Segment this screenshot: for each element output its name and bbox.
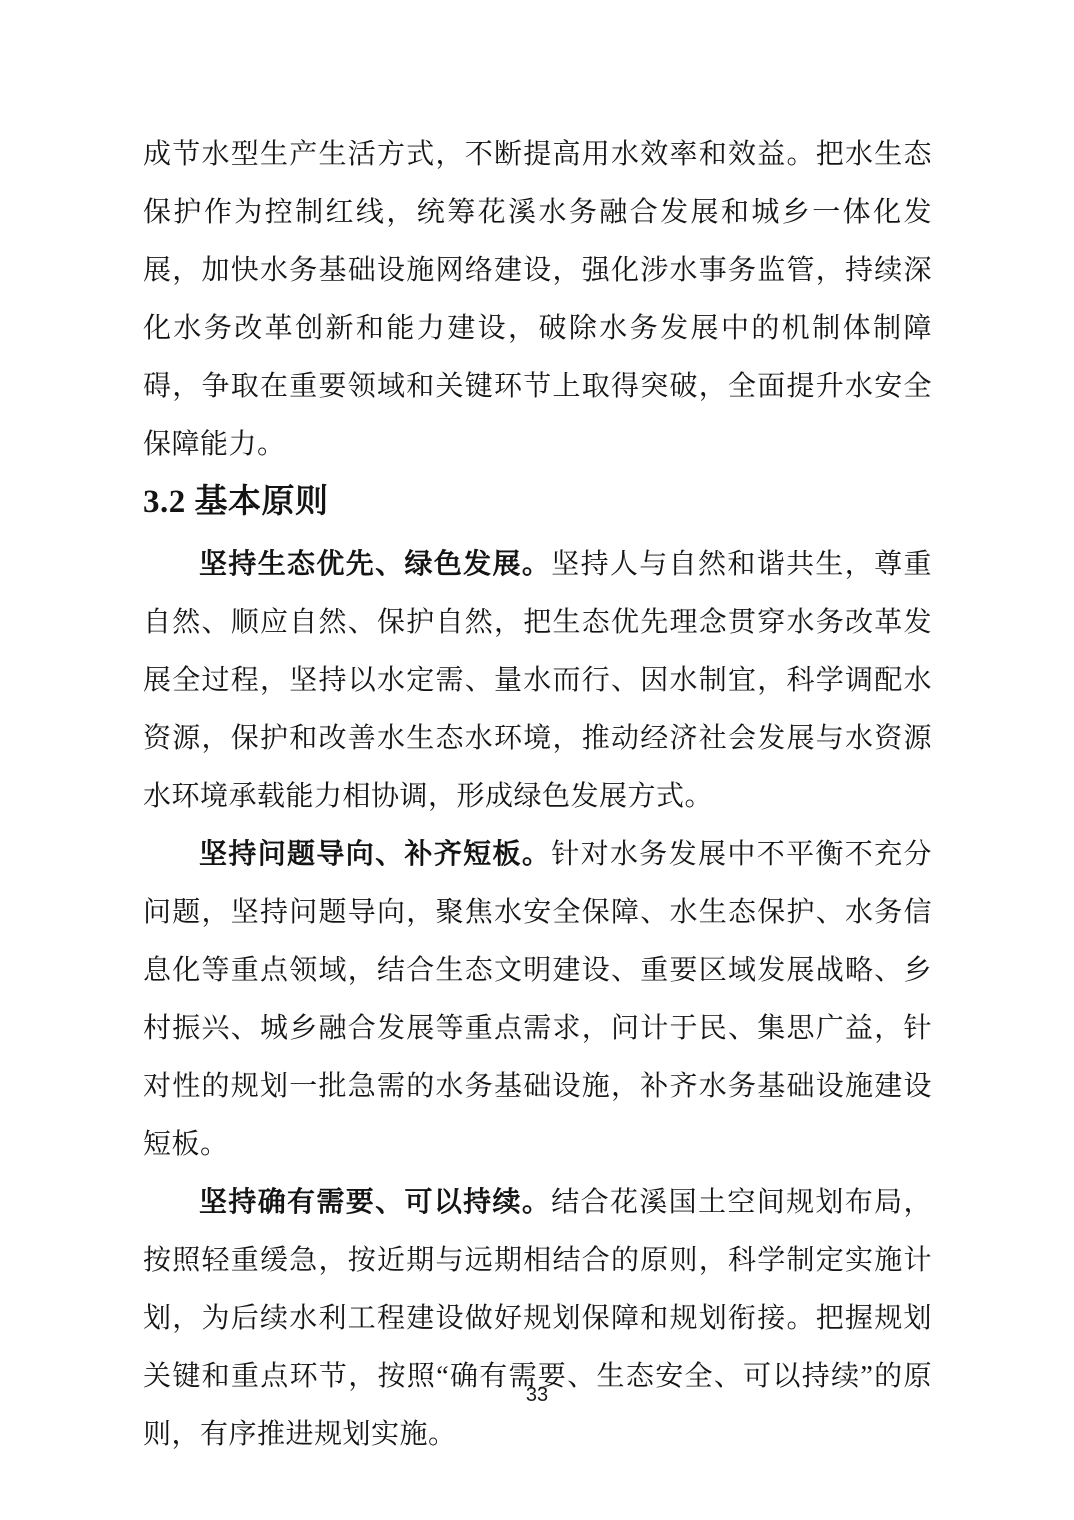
paragraph-lead: 坚持生态优先、绿色发展。 (199, 549, 551, 580)
paragraph-text: 结合花溪国土空间规划布局，按照轻重缓急，按近期与远期相结合的原则，科学制定实施计… (143, 1187, 932, 1450)
paragraph-lead: 坚持问题导向、补齐短板。 (199, 839, 551, 870)
paragraph: 坚持确有需要、可以持续。结合花溪国土空间规划布局，按照轻重缓急，按近期与远期相结… (143, 1174, 932, 1464)
page-footer: 33 (0, 1384, 1074, 1407)
page-number: 33 (526, 1384, 548, 1406)
paragraph-lead: 坚持确有需要、可以持续。 (199, 1187, 551, 1218)
section-heading: 3.2 基本原则 (143, 478, 932, 526)
document-page: 成节水型生产生活方式，不断提高用水效率和效益。把水生态保护作为控制红线，统筹花溪… (0, 0, 1074, 1520)
paragraph: 坚持生态优先、绿色发展。坚持人与自然和谐共生，尊重自然、顺应自然、保护自然，把生… (143, 536, 932, 826)
paragraph-text: 坚持人与自然和谐共生，尊重自然、顺应自然、保护自然，把生态优先理念贯穿水务改革发… (143, 549, 932, 812)
page-content: 成节水型生产生活方式，不断提高用水效率和效益。把水生态保护作为控制红线，统筹花溪… (143, 126, 932, 1464)
paragraph-text: 针对水务发展中不平衡不充分问题，坚持问题导向，聚焦水安全保障、水生态保护、水务信… (143, 839, 932, 1160)
paragraph: 坚持问题导向、补齐短板。针对水务发展中不平衡不充分问题，坚持问题导向，聚焦水安全… (143, 826, 932, 1174)
paragraph-intro: 成节水型生产生活方式，不断提高用水效率和效益。把水生态保护作为控制红线，统筹花溪… (143, 126, 932, 474)
